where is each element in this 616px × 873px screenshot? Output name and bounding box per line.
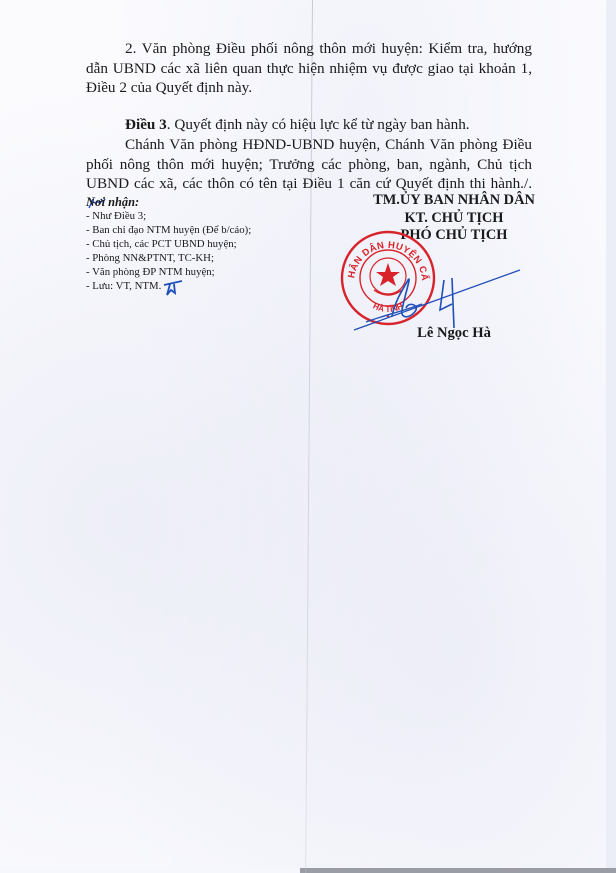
paragraph-text: Chánh Văn phòng HĐND-UBND huyện, Chánh V… xyxy=(86,136,532,192)
paragraph-item-2: 2. Văn phòng Điều phối nông thôn mới huy… xyxy=(86,39,532,98)
scan-edge-right xyxy=(606,0,616,873)
recipient-item: - Chủ tịch, các PCT UBND huyện; xyxy=(86,237,251,251)
recipient-item: - Như Điều 3; xyxy=(86,209,251,223)
recipient-item: - Phòng NN&PTNT, TC-KH; xyxy=(86,251,251,265)
article-label: Điều 3 xyxy=(125,116,167,133)
scan-edge-bottom xyxy=(300,868,616,873)
recipient-item: - Lưu: VT, NTM. xyxy=(86,279,251,297)
paragraph-text: 2. Văn phòng Điều phối nông thôn mới huy… xyxy=(86,39,532,98)
recipients-list: Nơi nhận: - Như Điều 3; - Ban chỉ đạo NT… xyxy=(86,195,251,297)
recipient-item: - Văn phòng ĐP NTM huyện; xyxy=(86,265,251,279)
signature-title-line: TM.ỦY BAN NHÂN DÂN xyxy=(344,192,564,210)
recipient-item: - Ban chỉ đạo NTM huyện (Để b/cáo); xyxy=(86,223,251,237)
handwritten-mark-icon xyxy=(162,279,184,297)
paragraph-article-3: Điều 3. Quyết định này có hiệu lực kể từ… xyxy=(86,115,532,135)
paragraph-text: . Quyết định này có hiệu lực kể từ ngày … xyxy=(167,116,470,133)
signer-name: Lê Ngọc Hà xyxy=(364,325,544,342)
recipients-heading: Nơi nhận: xyxy=(86,195,251,209)
signature-title-line: KT. CHỦ TỊCH xyxy=(344,210,564,228)
